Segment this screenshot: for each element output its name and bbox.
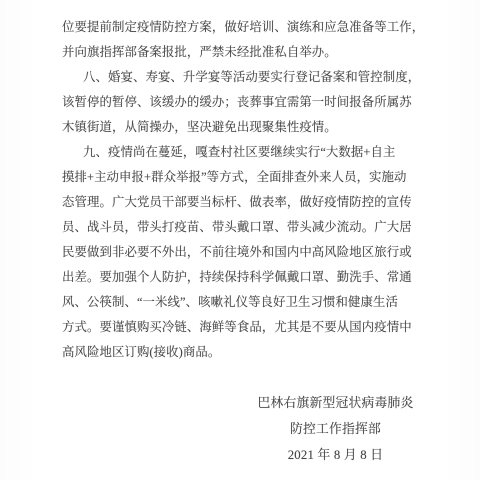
- body-line: 该暂停的暂停、该缓办的缓办；丧葬事宜需第一时间报备所属苏: [62, 90, 424, 115]
- body-line: 方式。要谨慎购买冷链、海鲜等食品，尤其是不要从国内疫情中: [62, 315, 424, 340]
- body-line: 八、婚宴、寿宴、升学宴等活动要实行登记备案和管控制度，: [62, 65, 424, 90]
- body-line: 员、战斗员，带头打疫苗、带头戴口罩、带头减少流动。广大居: [62, 215, 424, 240]
- signature-block: 巴林右旗新型冠状病毒肺炎 防控工作指挥部 2021 年 8 月 8 日: [257, 390, 414, 468]
- body-line: 出差。要加强个人防护，持续保持科学佩戴口罩、勤洗手、常通: [62, 265, 424, 290]
- body-line: 摸排+主动申报+群众举报”等方式，全面排查外来人员，实施动: [62, 165, 424, 190]
- signature-date: 2021 年 8 月 8 日: [257, 442, 414, 468]
- body-line: 高风险地区订购(接收)商品。: [62, 340, 424, 365]
- body-line: 位要提前制定疫情防控方案，做好培训、演练和应急准备等工作，: [62, 15, 424, 40]
- document-page: 位要提前制定疫情防控方案，做好培训、演练和应急准备等工作，并向旗指挥部备案报批，…: [0, 0, 480, 480]
- signature-org-line-1: 巴林右旗新型冠状病毒肺炎: [257, 390, 414, 416]
- signature-org-line-2: 防控工作指挥部: [257, 416, 414, 442]
- body-line: 木镇街道，从简操办，坚决避免出现聚集性疫情。: [62, 115, 424, 140]
- body-line: 民要做到非必要不外出，不前往境外和国内中高风险地区旅行或: [62, 240, 424, 265]
- body-line: 九、疫情尚在蔓延，嘎查村社区要继续实行“大数据+自主: [62, 140, 424, 165]
- document-body: 位要提前制定疫情防控方案，做好培训、演练和应急准备等工作，并向旗指挥部备案报批，…: [62, 15, 424, 365]
- body-line: 态管理。广大党员干部要当标杆、做表率，做好疫情防控的宣传: [62, 190, 424, 215]
- body-line: 并向旗指挥部备案报批，严禁未经批准私自举办。: [62, 40, 424, 65]
- body-line: 风、公筷制、“一米线”、咳嗽礼仪等良好卫生习惯和健康生活: [62, 290, 424, 315]
